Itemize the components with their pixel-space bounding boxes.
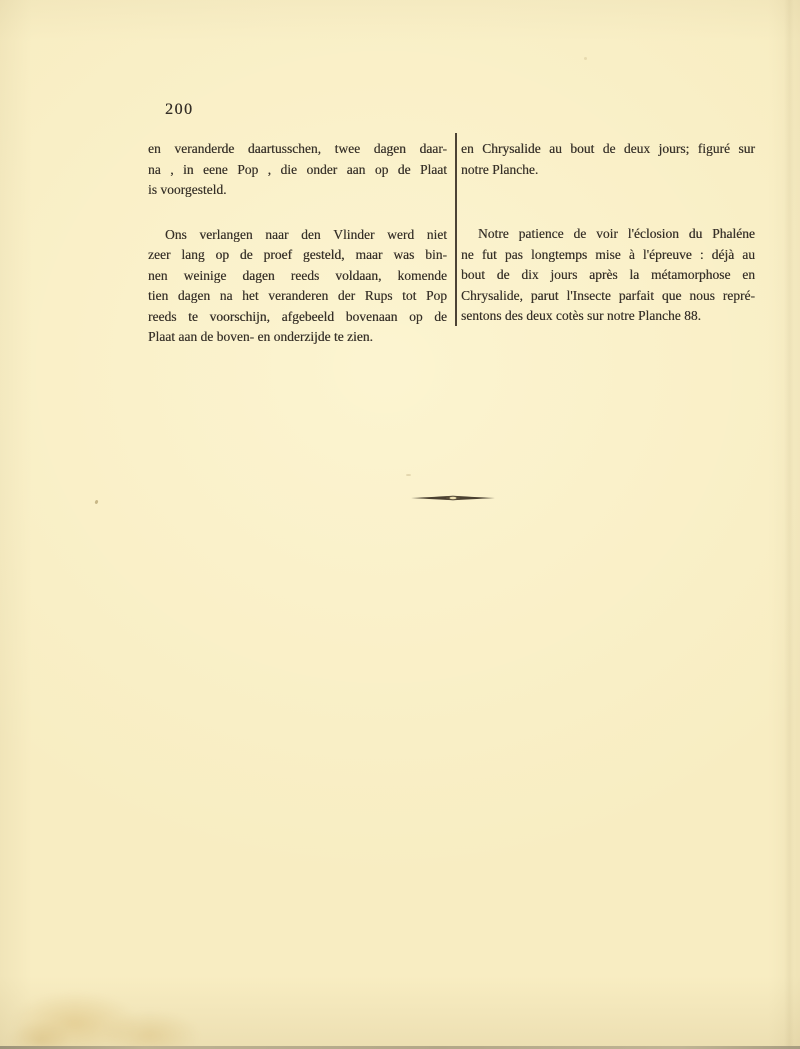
ink-speck [94,500,98,505]
text-line: nenweinigedagenreedsvoldaan,komende [148,266,447,287]
text-line: Notrepatiencedevoirl'éclosionduPhaléne [461,224,755,245]
column-divider-rule [455,133,457,326]
paragraph: Notrepatiencedevoirl'éclosionduPhalénene… [461,224,755,327]
paragraph: enveranderdedaartusschen,tweedagendaar-n… [148,139,447,201]
ink-speck [584,57,587,60]
paragraph: enChrysalideauboutdedeuxjours;figurésurn… [461,139,755,180]
text-line: nefutpaslongtempsmiseàl'épreuve:déjàau [461,245,755,266]
dutch-text-column: enveranderdedaartusschen,tweedagendaar-n… [148,139,447,348]
text-line: is voorgesteld. [148,180,447,201]
text-line: enveranderdedaartusschen,tweedagendaar- [148,139,447,160]
text-line: na,ineenePop,dieonderaanopdePlaat [148,160,447,181]
paragraph: OnsverlangennaardenVlinderwerdnietzeerla… [148,225,447,348]
paper-stain [0,975,330,1049]
swelled-rule-ornament-icon [411,494,495,502]
text-line: enChrysalideauboutdedeuxjours;figurésur [461,139,755,160]
text-line: sentons des deux cotès sur notre Planche… [461,306,755,327]
text-line: zeerlangopdeproefgesteld,maarwasbin- [148,245,447,266]
text-line: notre Planche. [461,160,755,181]
book-page: 200 enveranderdedaartusschen,tweedagenda… [0,0,800,1049]
text-line: Plaat aan de boven- en onderzijde te zie… [148,327,447,348]
ink-speck [406,474,411,476]
page-edge-crease [784,0,794,1049]
text-line: Chrysalide,parutl'Insecteparfaitquenousr… [461,286,755,307]
text-line: reedstevoorschijn,afgebeeldbovenaanopde [148,307,447,328]
text-line: boutdedixjoursaprèslamétamorphoseen [461,265,755,286]
page-number: 200 [165,101,194,119]
text-line: OnsverlangennaardenVlinderwerdniet [148,225,447,246]
french-text-column: enChrysalideauboutdedeuxjours;figurésurn… [461,139,755,327]
text-line: tiendagennahetveranderenderRupstotPop [148,286,447,307]
